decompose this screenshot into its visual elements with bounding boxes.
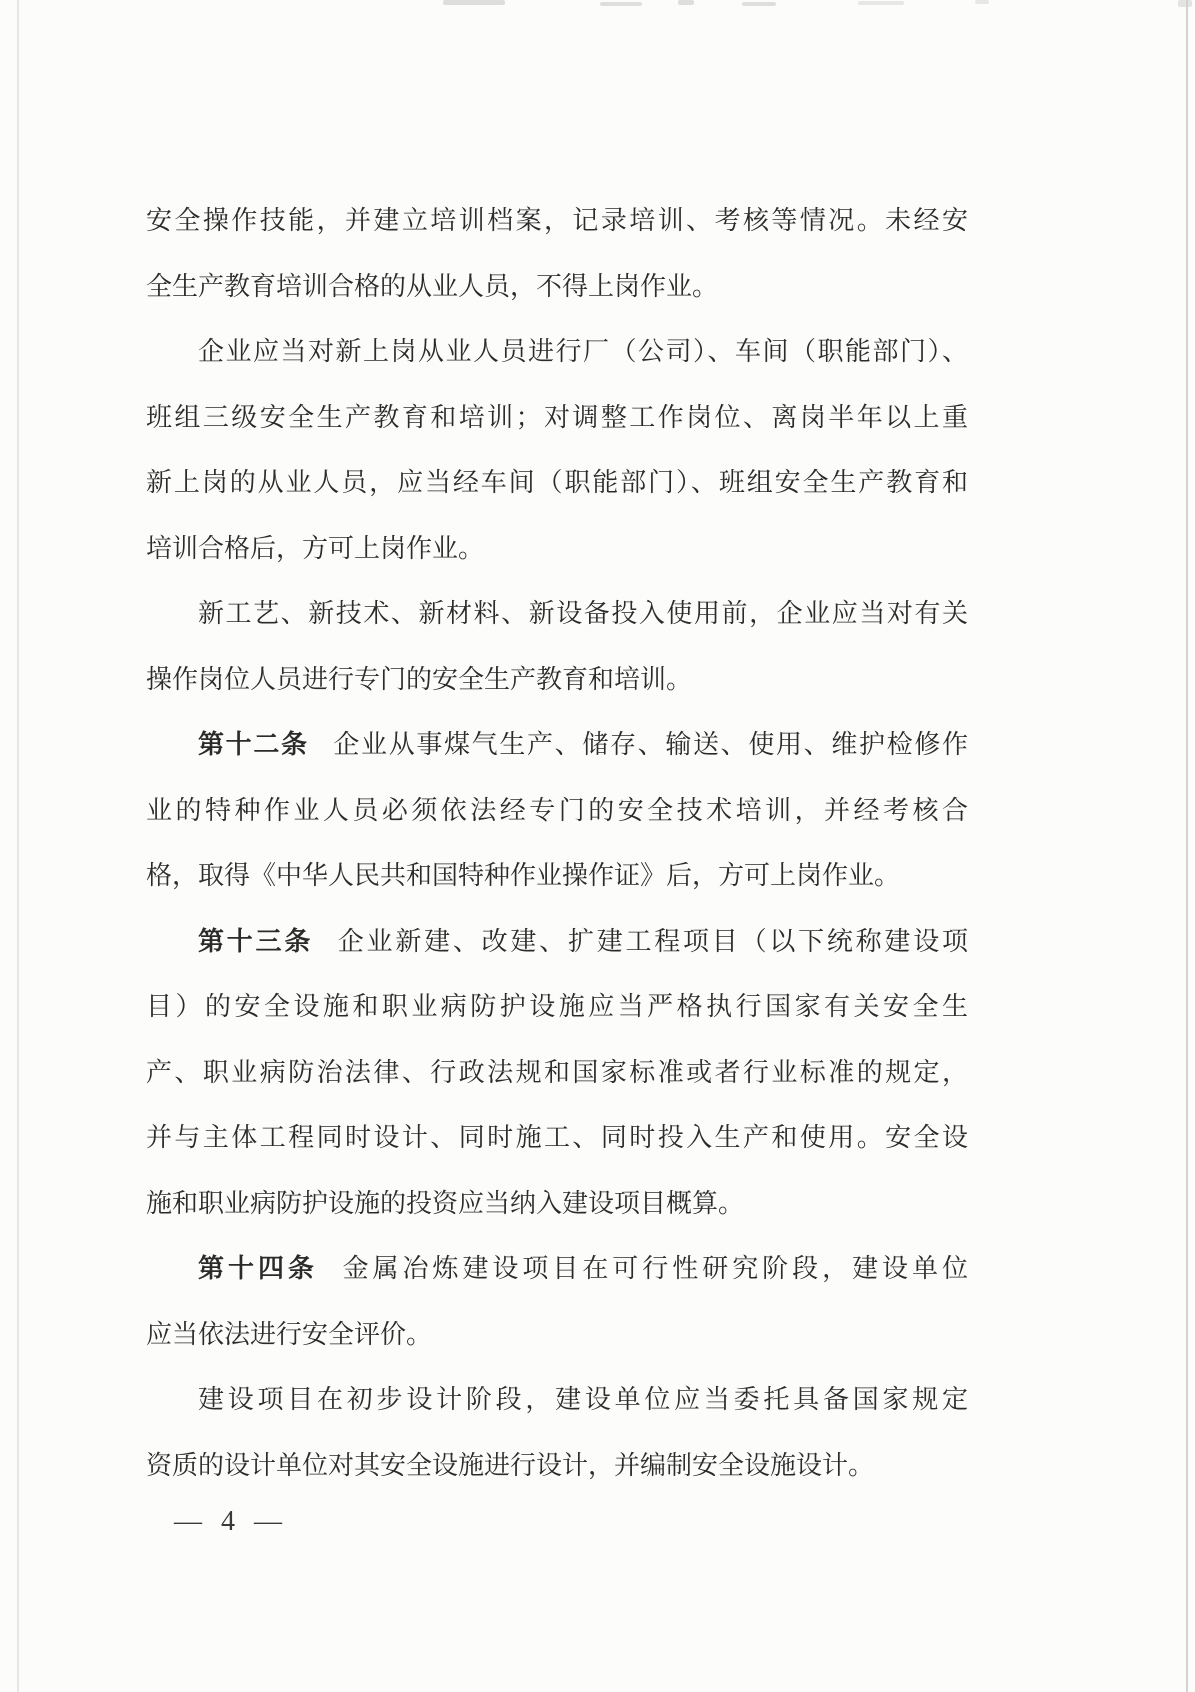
page-number: — 4 —: [174, 1502, 288, 1542]
text-line: 建设项目在初步设计阶段，建设单位应当委托具备国家规定: [146, 1367, 968, 1433]
text-line: 业的特种作业人员必须依法经专门的安全技术培训，并经考核合: [146, 778, 968, 844]
text-line: 操作岗位人员进行专门的安全生产教育和培训。: [146, 647, 968, 713]
text-line: 资质的设计单位对其安全设施进行设计，并编制安全设施设计。: [146, 1433, 968, 1499]
text-line: 班组三级安全生产教育和培训；对调整工作岗位、离岗半年以上重: [146, 385, 968, 451]
text-block: 安全操作技能，并建立培训档案，记录培训、考核等情况。未经安全生产教育培训合格的从…: [146, 188, 968, 1498]
article-heading: 第十二条: [198, 730, 309, 759]
article-line: 第十二条企业从事煤气生产、储存、输送、使用、维护检修作: [146, 712, 968, 778]
scan-artifact: [1178, 0, 1192, 7]
scan-edge-right: [1186, 0, 1188, 1692]
text-line: 并与主体工程同时设计、同时施工、同时投入生产和使用。安全设: [146, 1105, 968, 1171]
scan-artifact: [443, 0, 505, 5]
text-line: 格，取得《中华人民共和国特种作业操作证》后，方可上岗作业。: [146, 843, 968, 909]
article-heading: 第十三条: [198, 927, 313, 956]
scan-artifact: [678, 0, 694, 5]
article-line: 第十四条金属冶炼建设项目在可行性研究阶段，建设单位: [146, 1236, 968, 1302]
article-text: 金属冶炼建设项目在可行性研究阶段，建设单位: [343, 1254, 968, 1283]
article-text: 企业新建、改建、扩建工程项目（以下统称建设项: [338, 927, 968, 956]
text-line: 新工艺、新技术、新材料、新设备投入使用前，企业应当对有关: [146, 581, 968, 647]
document-page: 安全操作技能，并建立培训档案，记录培训、考核等情况。未经安全生产教育培训合格的从…: [0, 0, 1195, 1692]
scan-artifact: [600, 2, 642, 6]
scan-artifact: [975, 0, 989, 4]
text-line: 企业应当对新上岗从业人员进行厂（公司）、车间（职能部门）、: [146, 319, 968, 385]
scan-edge-left: [17, 0, 19, 1692]
text-line: 培训合格后，方可上岗作业。: [146, 516, 968, 582]
scan-artifact: [858, 1, 904, 5]
text-line: 应当依法进行安全评价。: [146, 1302, 968, 1368]
text-line: 安全操作技能，并建立培训档案，记录培训、考核等情况。未经安: [146, 188, 968, 254]
text-line: 新上岗的从业人员，应当经车间（职能部门）、班组安全生产教育和: [146, 450, 968, 516]
article-text: 企业从事煤气生产、储存、输送、使用、维护检修作: [333, 730, 968, 759]
text-line: 产、职业病防治法律、行政法规和国家标准或者行业标准的规定，: [146, 1040, 968, 1106]
text-line: 目）的安全设施和职业病防护设施应当严格执行国家有关安全生: [146, 974, 968, 1040]
article-line: 第十三条企业新建、改建、扩建工程项目（以下统称建设项: [146, 909, 968, 975]
article-heading: 第十四条: [198, 1254, 318, 1283]
text-line: 施和职业病防护设施的投资应当纳入建设项目概算。: [146, 1171, 968, 1237]
scan-artifact: [742, 2, 776, 6]
text-line: 全生产教育培训合格的从业人员，不得上岗作业。: [146, 254, 968, 320]
